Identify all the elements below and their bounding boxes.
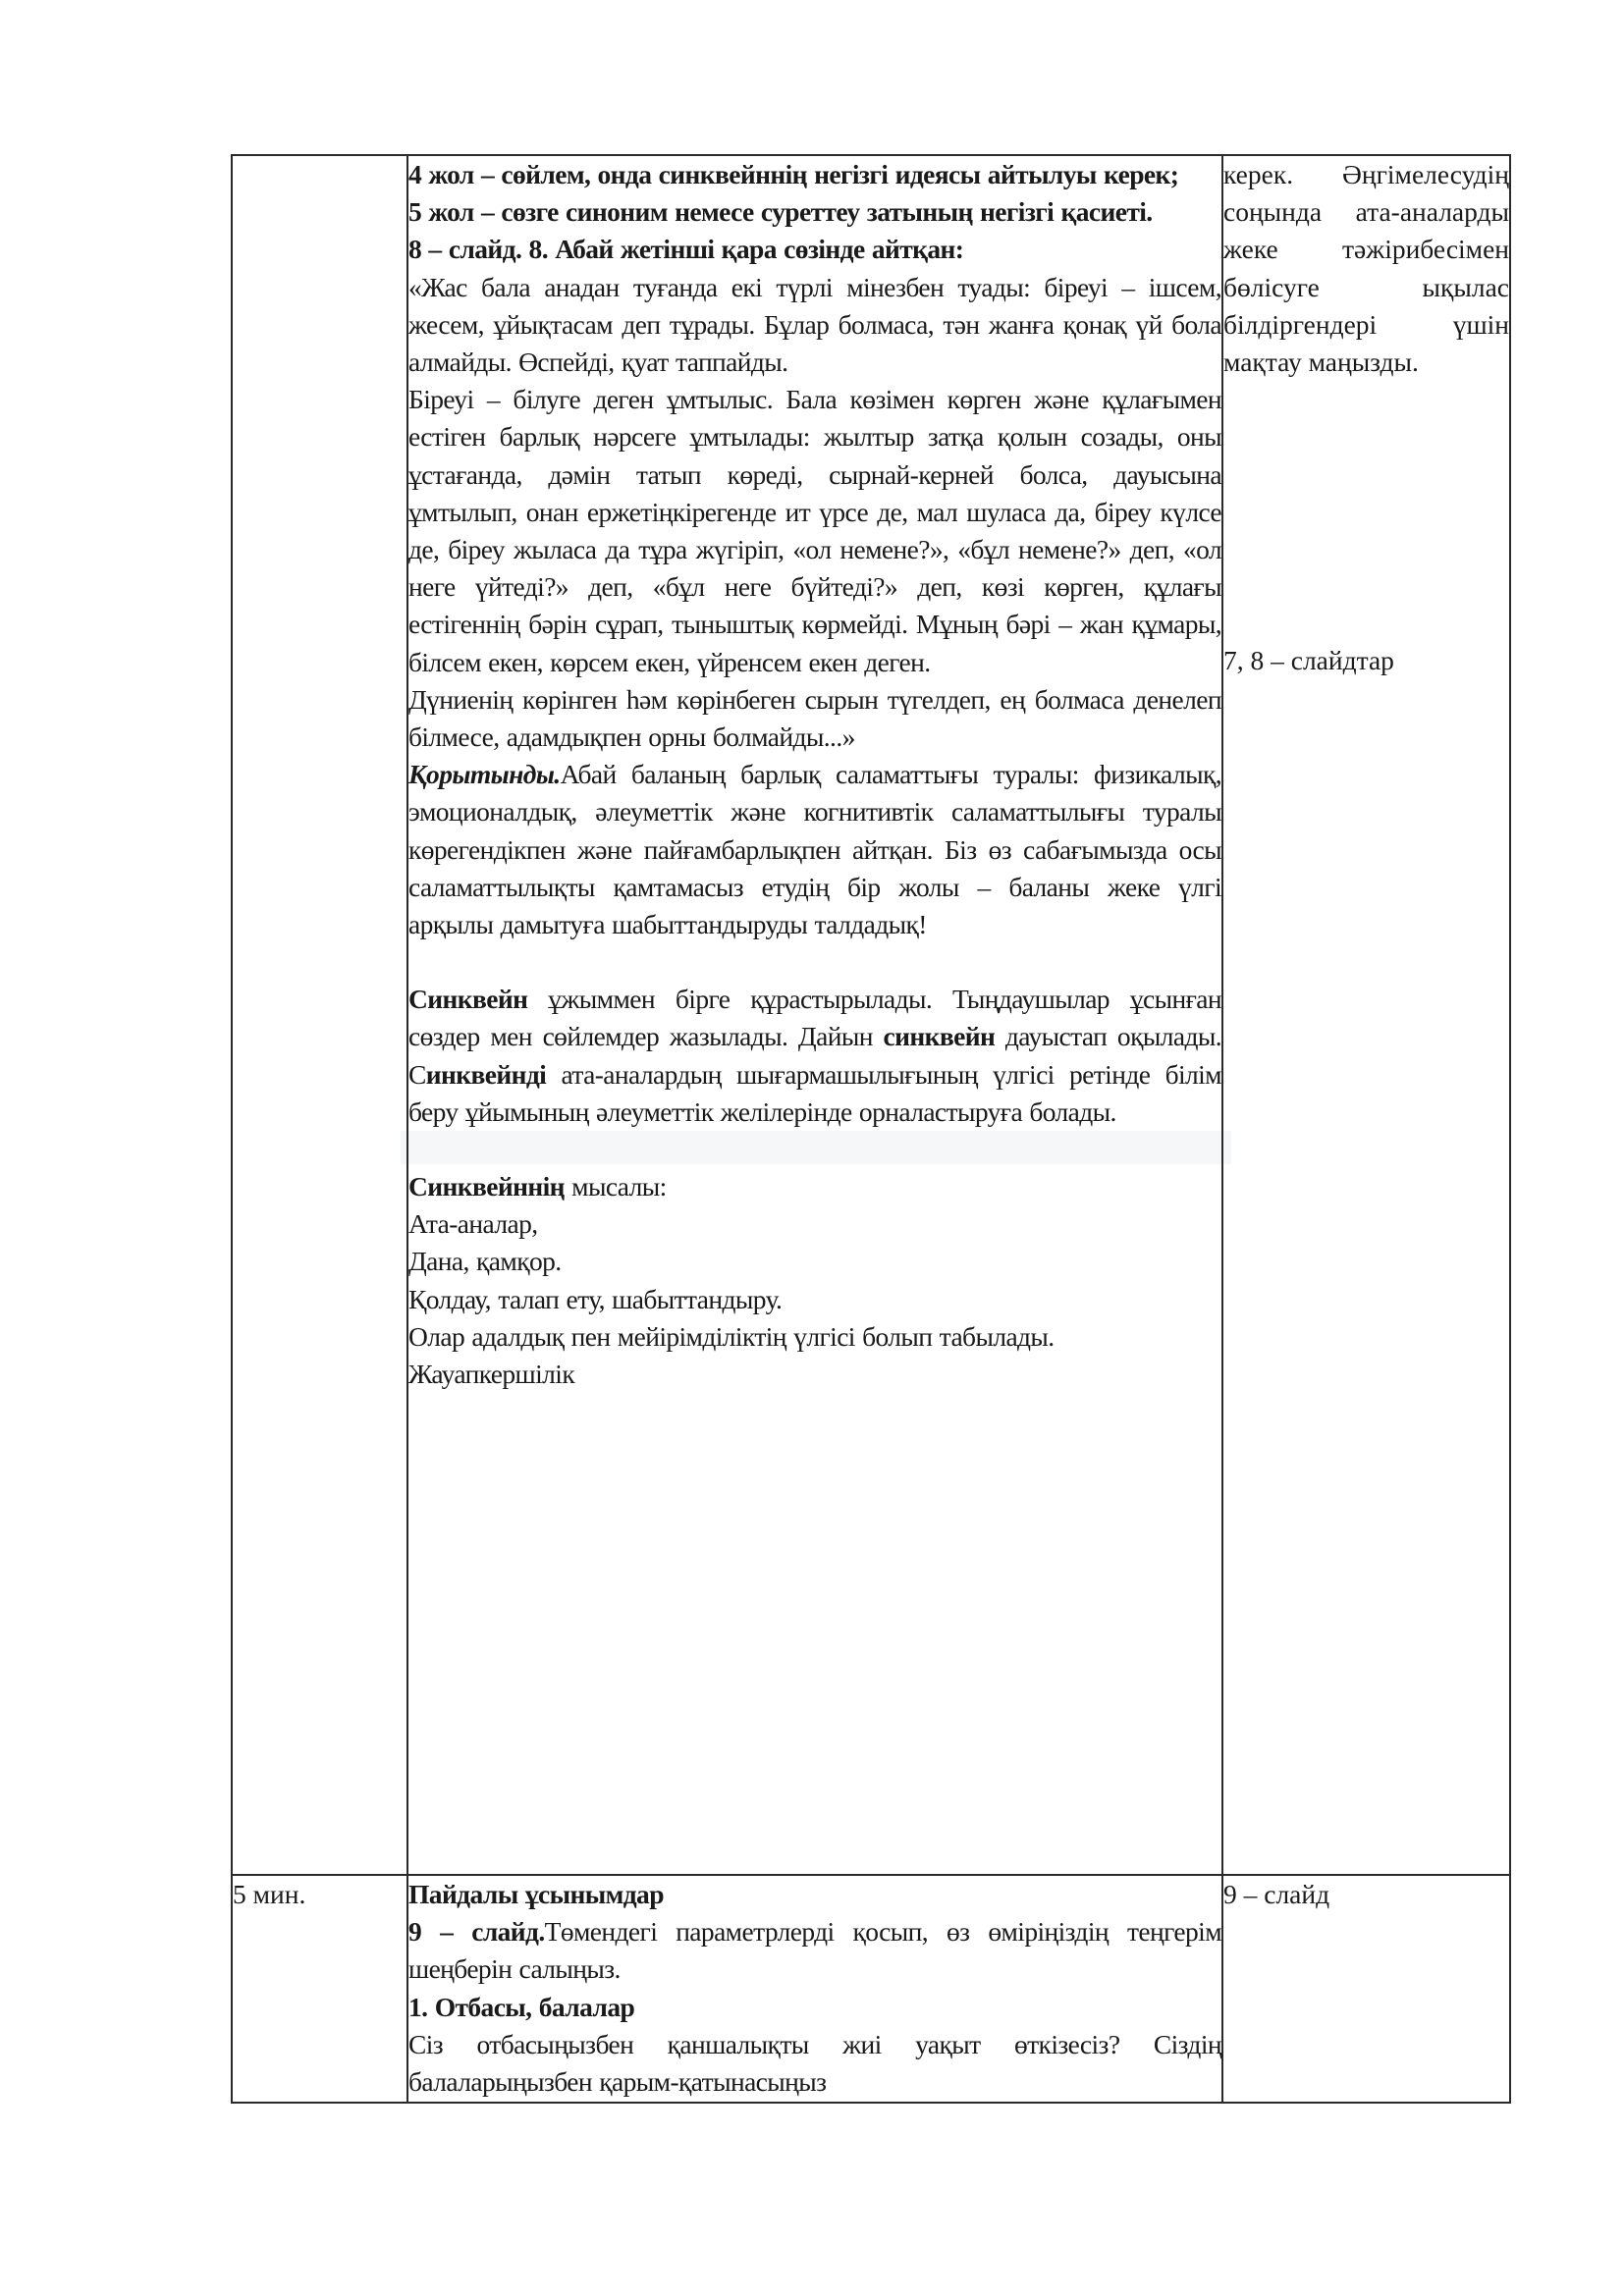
content-cell: Пайдалы ұсынымдар 9 – слайд.Төмендегі па…: [407, 1875, 1222, 2103]
section-heading: Пайдалы ұсынымдар: [408, 1876, 1221, 1913]
example-label: Синквейннің мысалы:: [408, 1168, 1221, 1205]
notes-paragraph: керек. Әңгімелесудің соңында ата-аналард…: [1223, 156, 1509, 381]
abai-quote-paragraph-3: Дүниенің көрінген һәм көрінбеген сырын т…: [408, 681, 1221, 756]
cinquain-instructions: Синквейн ұжыммен бірге құрастырылады. Ты…: [408, 981, 1221, 1131]
lesson-plan-table: 4 жол – сөйлем, онда синквейннің негізгі…: [231, 154, 1511, 2104]
table-row: 4 жол – сөйлем, онда синквейннің негізгі…: [232, 155, 1510, 1875]
conclusion-label: Қорытынды.: [408, 759, 561, 789]
example-label-text: мысалы:: [565, 1171, 667, 1201]
abai-quote-paragraph-2: Біреуі – білуге деген ұмтылыс. Бала көзі…: [408, 381, 1221, 681]
cinquain-term-3: инквейнді: [426, 1059, 546, 1090]
example-line-1: Ата-аналар,: [408, 1205, 1221, 1243]
time-text: 5 мин.: [233, 1879, 305, 1909]
content-cell: 4 жол – сөйлем, онда синквейннің негізгі…: [407, 155, 1222, 1875]
notes-cell: 9 – слайд: [1222, 1875, 1510, 2103]
spacer: [1223, 381, 1509, 642]
example-label-term: Синквейннің: [408, 1171, 565, 1201]
spacer: [408, 943, 1221, 981]
time-cell: [232, 155, 407, 1875]
example-line-3: Қолдау, талап ету, шабыттандыру.: [408, 1281, 1221, 1318]
notes-slides: 7, 8 – слайдтар: [1223, 642, 1509, 679]
slide9-label: 9 – слайд.: [408, 1916, 545, 1947]
cinquain-term-2: синквейн: [884, 1021, 996, 1051]
cinquain-term: Синквейн: [408, 984, 527, 1014]
shaded-spacer: [401, 1131, 1231, 1164]
table-row: 5 мин. Пайдалы ұсынымдар 9 – слайд.Төмен…: [232, 1875, 1510, 2103]
document-page: 4 жол – сөйлем, онда синквейннің негізгі…: [0, 0, 1624, 2296]
example-line-4: Олар адалдық пен мейірімділіктің үлгісі …: [408, 1318, 1221, 1356]
slide8-heading: 8 – слайд. 8. Абай жетінші қара сөзінде …: [408, 231, 1221, 268]
item1-text: Сіз отбасыңызбен қаншалықты жиі уақыт өт…: [408, 2026, 1221, 2101]
abai-quote-paragraph-1: «Жас бала анадан туғанда екі түрлі мінез…: [408, 269, 1221, 382]
example-line-2: Дана, қамқор.: [408, 1243, 1221, 1280]
conclusion-paragraph: Қорытынды.Абай баланың барлық саламаттығ…: [408, 756, 1221, 943]
notes-slides: 9 – слайд: [1223, 1876, 1509, 1913]
example-line-5: Жауапкершілік: [408, 1356, 1221, 1393]
slide9-paragraph: 9 – слайд.Төмендегі параметрлерді қосып,…: [408, 1913, 1221, 1988]
cinquain-line5-rule: 5 жол – сөзге синоним немесе суреттеу за…: [408, 193, 1221, 231]
notes-cell: керек. Әңгімелесудің соңында ата-аналард…: [1222, 155, 1510, 1875]
item1-heading: 1. Отбасы, балалар: [408, 1989, 1221, 2026]
time-cell: 5 мин.: [232, 1875, 407, 2103]
cinquain-line4-rule: 4 жол – сөйлем, онда синквейннің негізгі…: [408, 156, 1221, 193]
